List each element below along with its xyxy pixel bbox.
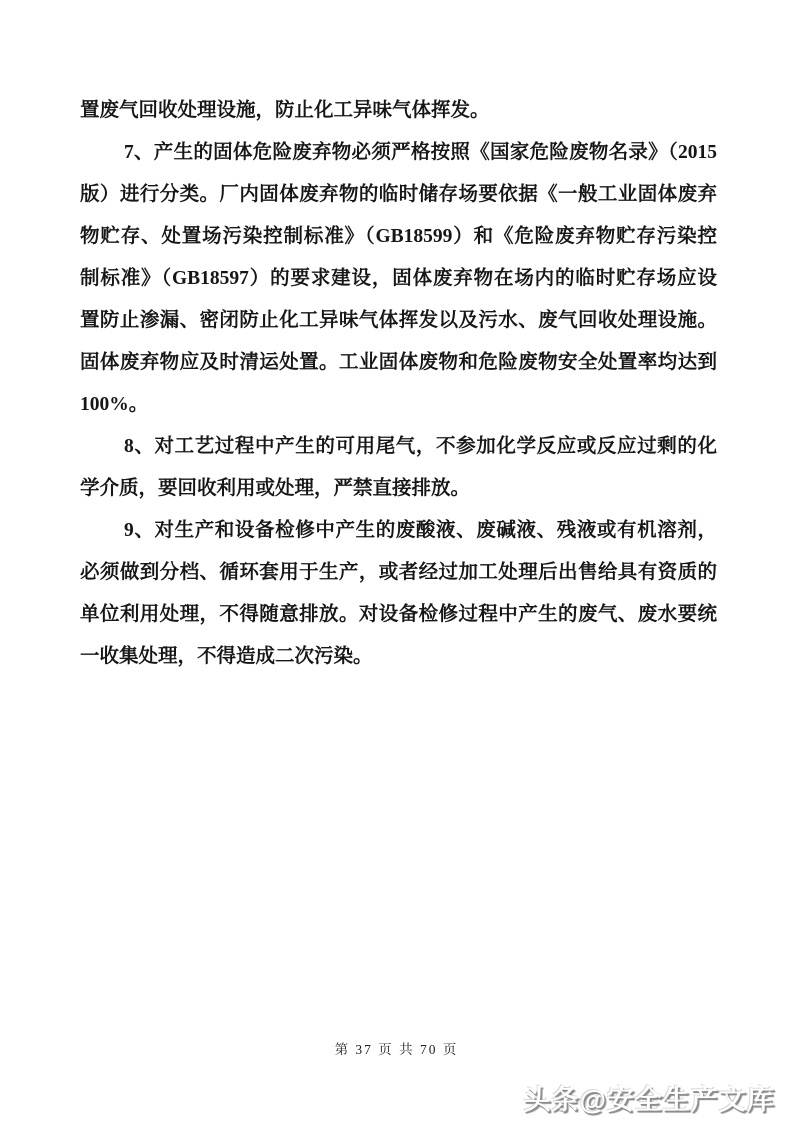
text-line: 单位利用处理，不得随意排放。对设备检修过程中产生的废气、废水要统: [80, 594, 717, 636]
text-line: 7、产生的固体危险废弃物必须严格按照《国家危险废物名录》（2015: [80, 132, 717, 174]
text-line: 置防止渗漏、密闭防止化工异味气体挥发以及污水、废气回收处理设施。: [80, 300, 717, 342]
page-number: 第 37 页 共 70 页: [0, 1038, 793, 1058]
text-line: 9、对生产和设备检修中产生的废酸液、废碱液、残液或有机溶剂，: [80, 510, 717, 552]
text-line: 必须做到分档、循环套用于生产，或者经过加工处理后出售给具有资质的: [80, 552, 717, 594]
text-line: 100%。: [80, 384, 717, 426]
text-line: 8、对工艺过程中产生的可用尾气，不参加化学反应或反应过剩的化: [80, 426, 717, 468]
paragraph-continuation: 置废气回收处理设施，防止化工异味气体挥发。: [80, 90, 717, 132]
text-line: 物贮存、处置场污染控制标准》（GB18599）和《危险废弃物贮存污染控: [80, 216, 717, 258]
text-line: 一收集处理，不得造成二次污染。: [80, 636, 717, 678]
text-line: 固体废弃物应及时清运处置。工业固体废物和危险废物安全处置率均达到: [80, 342, 717, 384]
paragraph-item-9: 9、对生产和设备检修中产生的废酸液、废碱液、残液或有机溶剂， 必须做到分档、循环…: [80, 510, 717, 678]
document-body: 置废气回收处理设施，防止化工异味气体挥发。 7、产生的固体危险废弃物必须严格按照…: [80, 90, 717, 678]
document-page: 置废气回收处理设施，防止化工异味气体挥发。 7、产生的固体危险废弃物必须严格按照…: [0, 0, 793, 1122]
paragraph-item-7: 7、产生的固体危险废弃物必须严格按照《国家危险废物名录》（2015 版）进行分类…: [80, 132, 717, 426]
paragraph-item-8: 8、对工艺过程中产生的可用尾气，不参加化学反应或反应过剩的化 学介质，要回收利用…: [80, 426, 717, 510]
text-line: 学介质，要回收利用或处理，严禁直接排放。: [80, 468, 717, 510]
text-line: 版）进行分类。厂内固体废弃物的临时储存场要依据《一般工业固体废弃: [80, 174, 717, 216]
watermark: 头条@安全生产文库: [524, 1078, 775, 1117]
text-line: 置废气回收处理设施，防止化工异味气体挥发。: [80, 90, 717, 132]
text-line: 制标准》（GB18597）的要求建设，固体废弃物在场内的临时贮存场应设: [80, 258, 717, 300]
